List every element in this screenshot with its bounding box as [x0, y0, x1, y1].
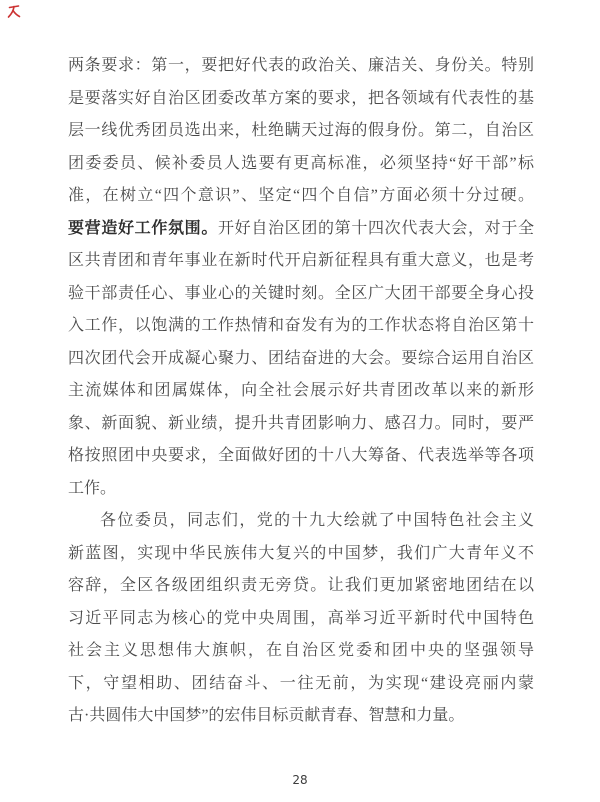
corner-stamp-icon — [7, 4, 21, 19]
text-line: 是要落实好自治区团委改革方案的要求，把各领域有代表性的基 — [68, 83, 534, 116]
text-line: 四次团代会开成凝心聚力、团结奋进的大会。要综合运用自治区 — [68, 343, 534, 376]
paragraph: 两条要求：第一，要把好代表的政治关、廉洁关、身份关。特别是要落实好自治区团委改革… — [68, 50, 534, 505]
text-line: 习近平同志为核心的党中央周围，高举习近平新时代中国特色 — [68, 603, 534, 636]
text-line: 层一线优秀团员选出来，杜绝瞒天过海的假身份。第二，自治区 — [68, 115, 534, 148]
text-line: 工作。 — [68, 473, 534, 506]
text-line: 验干部责任心、事业心的关键时刻。全区广大团干部要全身心投 — [68, 278, 534, 311]
bold-heading-run: 要营造好工作氛围。 — [68, 220, 218, 237]
text-line: 各位委员，同志们，党的十九大绘就了中国特色社会主义 — [68, 505, 534, 538]
paragraph: 各位委员，同志们，党的十九大绘就了中国特色社会主义新蓝图，实现中华民族伟大复兴的… — [68, 505, 534, 733]
text-line: 格按照团中央要求，全面做好团的十八大筹备、代表选举等各项 — [68, 440, 534, 473]
text-line: 准，在树立“四个意识”、坚定“四个自信”方面必须十分过硬。 — [68, 180, 534, 213]
text-line: 入工作，以饱满的工作热情和奋发有为的工作状态将自治区第十 — [68, 310, 534, 343]
text-line: 容辞，全区各级团组织责无旁贷。让我们更加紧密地团结在以 — [68, 570, 534, 603]
text-line: 下，守望相助、团结奋斗、一往无前，为实现“建设亮丽内蒙 — [68, 668, 534, 701]
text-line: 象、新面貌、新业绩，提升共青团影响力、感召力。同时，要严 — [68, 408, 534, 441]
text-line: 主流媒体和团属媒体，向全社会展示好共青团改革以来的新形 — [68, 375, 534, 408]
body-text: 两条要求：第一，要把好代表的政治关、廉洁关、身份关。特别是要落实好自治区团委改革… — [68, 50, 534, 733]
text-line: 新蓝图，实现中华民族伟大复兴的中国梦，我们广大青年义不 — [68, 538, 534, 571]
text-line: 团委委员、候补委员人选要有更高标准，必须坚持“好干部”标 — [68, 148, 534, 181]
page-number: 28 — [0, 773, 600, 787]
text-line: 两条要求：第一，要把好代表的政治关、廉洁关、身份关。特别 — [68, 50, 534, 83]
text-line: 古·共圆伟大中国梦”的宏伟目标贡献青春、智慧和力量。 — [68, 700, 534, 733]
text-line: 社会主义思想伟大旗帜，在自治区党委和团中央的坚强领导 — [68, 635, 534, 668]
text-line: 要营造好工作氛围。开好自治区团的第十四次代表大会，对于全 — [68, 213, 534, 246]
document-page: 两条要求：第一，要把好代表的政治关、廉洁关、身份关。特别是要落实好自治区团委改革… — [0, 0, 600, 802]
text-line: 区共青团和青年事业在新时代开启新征程具有重大意义，也是考 — [68, 245, 534, 278]
